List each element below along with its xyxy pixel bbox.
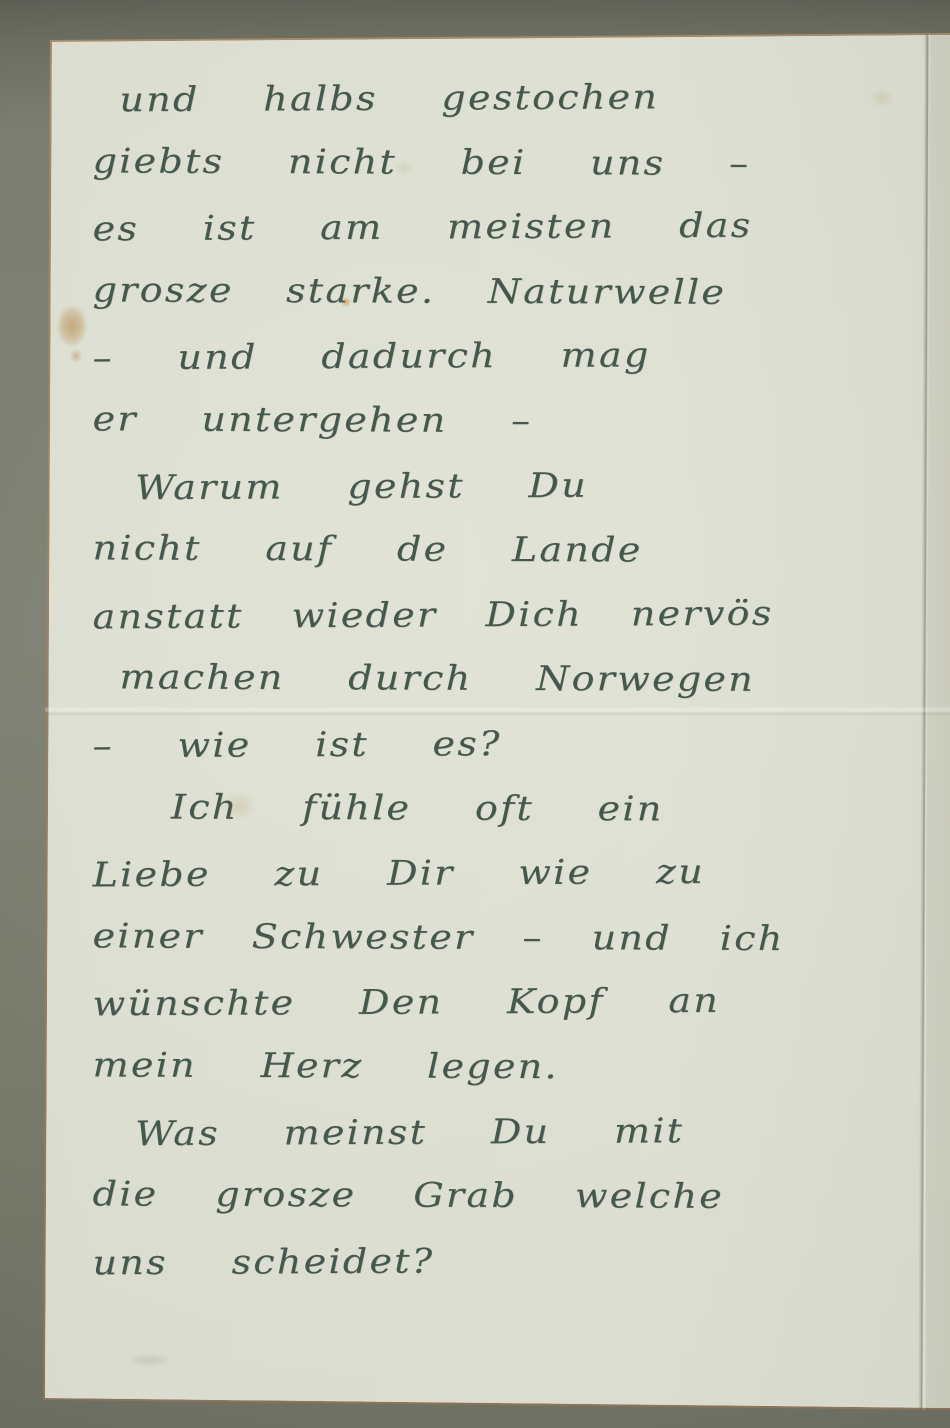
handwriting-line: grosze starke. Naturwelle	[92, 258, 946, 326]
handwriting-line: und halbs gestochen	[119, 64, 946, 133]
handwriting-line: Warum gehst Du	[135, 451, 946, 520]
handwriting-line: uns scheidet?	[92, 1226, 946, 1295]
handwriting-line: einer Schwester – und ich	[92, 904, 946, 972]
handwriting-line: Ich fühle oft ein	[171, 775, 946, 843]
handwriting-line: Liebe zu Dir wie zu	[92, 839, 946, 908]
handwriting-line: giebts nicht bei uns –	[92, 129, 946, 197]
handwriting-line: nicht auf de Lande	[92, 516, 946, 584]
handwriting-line: die grosze Grab welche	[92, 1162, 946, 1230]
handwriting-line: anstatt wieder Dich nervös	[92, 580, 946, 649]
handwriting-line: mein Herz legen.	[92, 1033, 946, 1101]
handwriting-block: und halbs gestochengiebts nicht bei uns …	[50, 66, 946, 1293]
handwriting-line: wünschte Den Kopf an	[92, 968, 946, 1037]
handwriting-line: Was meinst Du mit	[135, 1097, 946, 1166]
handwriting-line: er untergehen –	[92, 387, 946, 455]
handwriting-line: – wie ist es?	[92, 710, 946, 779]
handwriting-line: – und dadurch mag	[92, 322, 946, 391]
handwriting-line: machen durch Norwegen	[119, 646, 946, 714]
handwriting-line: es ist am meisten das	[92, 193, 946, 262]
scanned-letter-photo: und halbs gestochengiebts nicht bei uns …	[0, 0, 950, 1428]
